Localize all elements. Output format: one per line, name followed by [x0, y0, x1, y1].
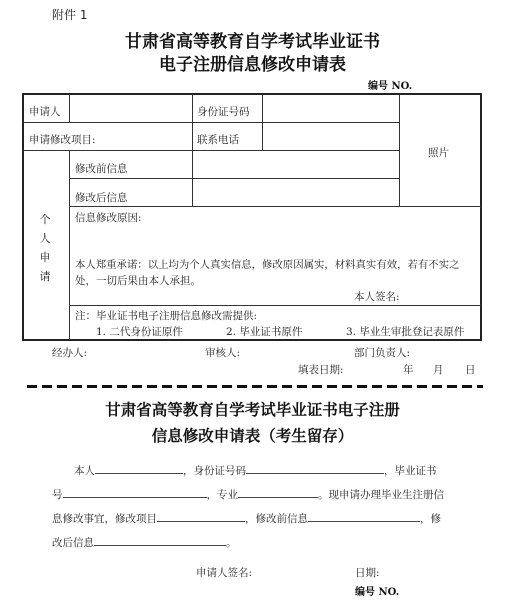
- stub-line-4: 改后信息。: [52, 533, 237, 557]
- stub-line-3: 息修改事宜，修改项目，修改前信息，修: [52, 509, 441, 533]
- photo-placeholder[interactable]: 照片: [428, 145, 449, 160]
- stub-text: 息修改事宜，修改项目: [52, 513, 157, 525]
- table-border-top: [22, 93, 482, 95]
- stub-text: 号: [52, 489, 63, 501]
- applicant-label: 申请人: [29, 104, 61, 119]
- modify-item-blank[interactable]: [157, 509, 245, 522]
- row-line: [23, 150, 399, 151]
- table-border-bottom: [22, 339, 482, 341]
- id-number-field[interactable]: [265, 98, 397, 120]
- section-label-char: 个: [38, 210, 52, 229]
- id-number-label: 身份证号码: [197, 104, 250, 119]
- row-line: [69, 206, 481, 207]
- major-blank[interactable]: [238, 485, 318, 498]
- reason-field[interactable]: [75, 224, 475, 252]
- applicant-field[interactable]: [72, 98, 190, 120]
- row-line: [69, 178, 399, 179]
- after-info-field[interactable]: [195, 181, 397, 204]
- row-line: [23, 122, 399, 123]
- stub-text: ，修改前信息: [245, 513, 308, 525]
- section-label-char: 请: [38, 267, 52, 286]
- stub-text: 本人: [74, 465, 95, 477]
- col-line: [262, 94, 263, 150]
- fill-date-label: 填表日期:: [298, 362, 344, 377]
- year-label: 年: [403, 362, 414, 377]
- col-line: [69, 94, 70, 122]
- name-blank[interactable]: [95, 461, 183, 474]
- section-label-char: 申: [38, 248, 52, 267]
- attachment-label: 附件 1: [52, 6, 87, 23]
- note-item: 2. 毕业证书原件: [226, 324, 302, 339]
- day-label: 日: [465, 362, 476, 377]
- table-border-right: [480, 93, 482, 341]
- table-border-left: [22, 93, 24, 341]
- tear-off-dashed-line: [27, 385, 483, 388]
- applicant-signature-label[interactable]: 申请人签名:: [196, 565, 252, 580]
- before-info-field[interactable]: [195, 153, 397, 176]
- phone-field[interactable]: [265, 126, 397, 148]
- stub-text: 。现申请办理毕业生注册信: [318, 489, 444, 501]
- form-title-line1: 甘肃省高等教育自学考试毕业证书: [0, 27, 505, 52]
- month-label: 月: [433, 362, 444, 377]
- handler-label: 经办人:: [52, 345, 87, 360]
- after-info-blank[interactable]: [94, 533, 226, 546]
- stub-title-line1: 甘肃省高等教育自学考试毕业证书电子注册: [0, 398, 505, 420]
- stub-text: ，身份证号码: [183, 465, 246, 477]
- stub-serial-number-label: 编号 NO.: [355, 583, 399, 598]
- col-line: [192, 94, 193, 206]
- stub-text: ，修: [420, 513, 441, 525]
- after-info-label: 修改后信息: [75, 190, 128, 205]
- stub-text: 改后信息: [52, 537, 94, 549]
- stub-title-line2: 信息修改申请表（考生留存）: [0, 424, 505, 446]
- row-line: [69, 305, 481, 306]
- stub-date-label[interactable]: 日期:: [355, 565, 380, 580]
- signature-label[interactable]: 本人签名:: [354, 289, 400, 304]
- before-info-blank[interactable]: [308, 509, 420, 522]
- stub-text: ，毕业证书: [384, 465, 437, 477]
- reviewer-label: 审核人:: [205, 345, 240, 360]
- certificate-number-blank[interactable]: [63, 485, 207, 498]
- note-label: 注：毕业证书电子注册信息修改需提供:: [75, 308, 257, 323]
- pledge-text-line2: 处，一切后果由本人承担。: [75, 273, 201, 288]
- stub-text: ，专业: [207, 489, 239, 501]
- note-item: 3. 毕业生审批登记表原件: [346, 324, 464, 339]
- stub-line-2: 号，专业。现申请办理毕业生注册信: [52, 485, 444, 509]
- col-line: [69, 150, 70, 340]
- id-number-blank[interactable]: [246, 461, 384, 474]
- serial-number-label: 编号 NO.: [368, 77, 412, 92]
- pledge-text-line1: 本人郑重承诺：以上均为个人真实信息，修改原因属实，材料真实有效，若有不实之: [75, 256, 459, 271]
- modify-item-label[interactable]: 申请修改项目:: [29, 132, 96, 147]
- stub-text: 。: [226, 537, 237, 549]
- reason-label: 信息修改原因:: [75, 210, 142, 225]
- section-label-char: 人: [38, 229, 52, 248]
- dept-head-label: 部门负责人:: [354, 345, 410, 360]
- form-title-line2: 电子注册信息修改申请表: [0, 50, 505, 75]
- personal-application-section-label: 个 人 申 请: [38, 210, 52, 286]
- phone-label: 联系电话: [197, 132, 239, 147]
- stub-line-1: 本人，身份证号码，毕业证书: [74, 461, 437, 485]
- note-item: 1. 二代身份证原件: [96, 324, 183, 339]
- col-line: [399, 94, 400, 206]
- before-info-label: 修改前信息: [75, 161, 128, 176]
